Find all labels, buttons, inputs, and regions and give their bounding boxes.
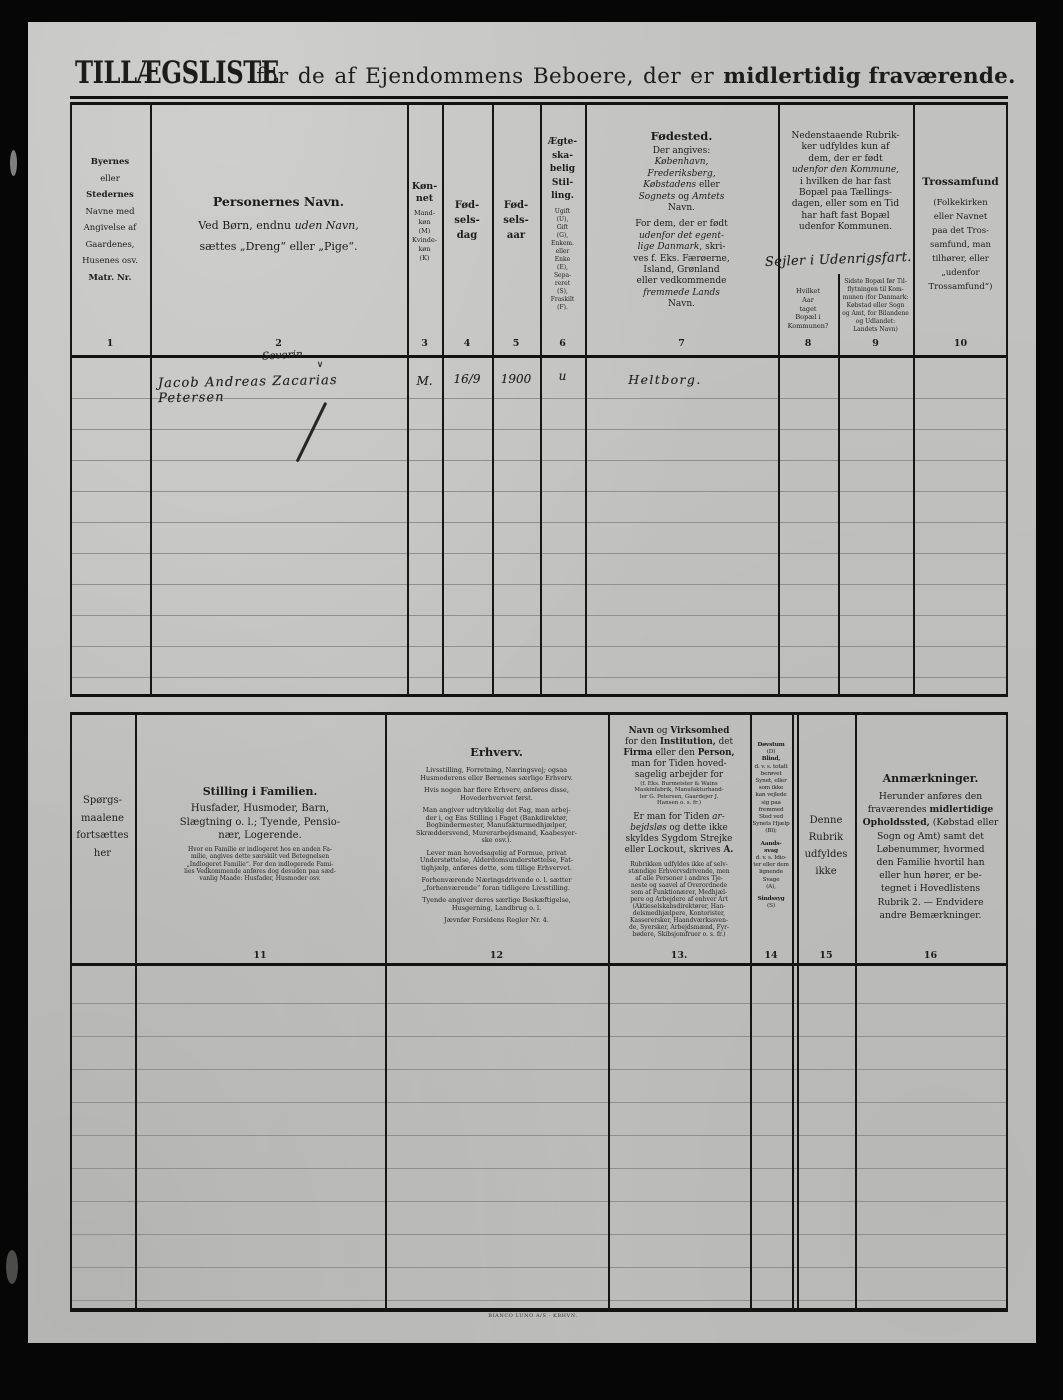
entry-sex: M. — [407, 374, 442, 388]
text-line: Frederiksberg, — [585, 169, 778, 180]
entry-marital: u — [540, 369, 585, 383]
text-line: stændige Erhvervsdrivende, men — [610, 868, 748, 875]
text-line: sættes „Dreng“ eller „Pige“. — [150, 236, 407, 257]
table-column-divider — [150, 102, 152, 697]
text-segment: eller den — [653, 748, 698, 758]
text-line: Husfader, Husmoder, Barn, — [135, 802, 385, 816]
column-number: 6 — [540, 338, 585, 349]
text-segment: eller — [696, 180, 720, 190]
col-header-location: ByernesellerStedernesNavne medAngivelse … — [70, 154, 150, 286]
column-number: 16 — [855, 950, 1006, 961]
column-number: 7 — [585, 338, 778, 349]
text-line: sels- — [442, 213, 492, 228]
entry-name-handwritten: Jacob Andreas Zacarias Petersen — [158, 372, 408, 406]
text-segment: Ved Børn, endnu — [198, 219, 294, 232]
text-line: flytningen til Kom- — [838, 286, 913, 294]
text-line: paa det Tros- — [913, 224, 1008, 238]
text-line: munen (for Danmark: — [838, 294, 913, 302]
text-line: taget — [778, 305, 838, 314]
table-rule — [70, 963, 1008, 966]
row-guides — [72, 992, 1006, 1306]
column-number: 4 — [442, 338, 492, 349]
form-title-emphasis: midlertidig fraværende. — [723, 64, 1015, 89]
text-segment: A. — [723, 845, 733, 855]
text-line: maalene — [70, 810, 135, 828]
text-segment: og — [675, 192, 692, 202]
text-line: udfyldes — [797, 846, 855, 863]
text-line: (F). — [540, 304, 585, 312]
text-line: Ved Børn, endnu uden Navn, — [150, 215, 407, 236]
text-line: og Amt, for Bilandene — [838, 310, 913, 318]
col-header-birthyear: Fød-sels-aar — [492, 198, 540, 243]
text-line: Synet, eller — [750, 778, 792, 785]
text-line: og Udlandet: — [838, 318, 913, 326]
text-line: berøvet — [750, 771, 792, 778]
text-segment: uden Navn, — [295, 219, 359, 232]
text-segment: eller Lockout, skrives — [625, 845, 724, 855]
text-segment: Institution, — [660, 737, 716, 747]
text-line: eller Lockout, skrives A. — [610, 845, 748, 856]
text-line: Navn. — [585, 299, 778, 310]
text-line: (G), — [540, 232, 585, 240]
form-title: TILLÆGSLISTE for de af Ejendommens Beboe… — [75, 55, 1016, 91]
text-line: bødere, Skibsjomfruer o. s. fr.) — [610, 931, 748, 938]
text-line: Ægte- — [540, 136, 585, 150]
col-header-remarks-title: Anmærkninger. — [855, 772, 1006, 785]
row-guides — [72, 388, 1006, 694]
margin-speck — [6, 1250, 18, 1284]
text-line: Gaardenes, — [70, 237, 150, 254]
text-line: tighjælp, anføres dette, som tillige Erh… — [389, 865, 604, 873]
text-line: Husmoderens eller Børnenes særlige Erhve… — [389, 775, 604, 783]
col-header-sex: Køn-net — [407, 181, 442, 205]
text-segment: og — [654, 726, 671, 736]
text-segment: Sognets — [639, 192, 676, 202]
insertion-caret-mark: ∨ — [313, 360, 327, 370]
text-segment: fraværendes — [868, 804, 930, 815]
text-line: Husenes osv. — [70, 253, 150, 270]
col-header-moved-note: Nedenstaaende Rubrik-ker udfyldes kun af… — [778, 131, 913, 234]
text-segment: Opholdssted, — [863, 817, 930, 828]
table-column-divider — [442, 102, 444, 697]
text-line: den Familie hvortil han — [857, 856, 1004, 869]
column-number: 12 — [385, 950, 608, 961]
col-header-birthplace-title: Fødested. — [585, 129, 778, 143]
text-line: svag — [750, 848, 792, 855]
col-header-occupation-title: Erhverv. — [385, 745, 608, 759]
text-line: Kasserersker, Haandværkssven- — [610, 917, 748, 924]
col-header-marital-status: Ægte-ska-beligStil-ling. — [540, 136, 585, 204]
text-line: Rubrik 2. — Endvidere — [857, 896, 1004, 909]
text-line: „forhenværende“ foran tidligere Livsstil… — [389, 885, 604, 893]
text-line: d. v. s. Idio- — [750, 855, 792, 862]
text-line: (E), — [540, 264, 585, 272]
text-line: eller — [70, 171, 150, 188]
text-segment: Er man for Tiden — [633, 812, 712, 822]
text-line: d. v. s. totalt — [750, 764, 792, 771]
text-line: Jævnfør Forsidens Regler Nr. 4. — [389, 917, 604, 925]
text-line: Aar — [778, 296, 838, 305]
text-line: Ugift — [540, 208, 585, 216]
text-line: Enke — [540, 256, 585, 264]
text-line: fortsættes — [70, 827, 135, 845]
text-line: neste og saavel af Overordnede — [610, 882, 748, 889]
text-line: de, Syersker, Arbejdsmænd, Fyr- — [610, 924, 748, 931]
scan-page: TILLÆGSLISTE for de af Ejendommens Beboe… — [28, 22, 1036, 1343]
text-line: For dem, der er født — [585, 219, 778, 230]
text-line: Sognets og Amtets — [585, 192, 778, 203]
text-line: Fraskilt — [540, 296, 585, 304]
text-line: Matr. Nr. — [70, 270, 150, 287]
entry-birthyear: 1900 — [492, 372, 540, 386]
text-line: Hvilket — [778, 287, 838, 296]
form-title-text: for de af Ejendommens Beboere, der er — [247, 64, 723, 89]
text-segment: (Købstad eller — [930, 817, 998, 828]
col-header-birthday: Fød-sels-dag — [442, 198, 492, 243]
text-line: Købstadens eller — [585, 180, 778, 191]
text-line: ske osv.). — [389, 837, 604, 845]
text-line: København, — [585, 157, 778, 168]
text-line: Island, Grønland — [585, 265, 778, 276]
text-line: Byernes — [70, 154, 150, 171]
text-line: dag — [442, 228, 492, 243]
text-line: Bopæl i — [778, 313, 838, 322]
table-rule — [70, 355, 1008, 358]
text-line: (U), — [540, 216, 585, 224]
text-line: lige Danmark, skri- — [585, 242, 778, 253]
text-line: fraværendes midlertidige — [857, 803, 1004, 816]
text-segment: Firma — [623, 748, 652, 758]
text-line: udenfor Kommunen. — [778, 222, 913, 233]
text-line: Enkem. — [540, 240, 585, 248]
text-line: (Folkekirken — [913, 196, 1008, 210]
text-line: Sted ved — [750, 814, 792, 821]
text-line: Gift — [540, 224, 585, 232]
col-header-name-title: Personernes Navn. — [150, 194, 407, 209]
text-line: eller — [540, 248, 585, 256]
column-number: 13. — [608, 950, 750, 961]
entry-birthdate: 16/9 — [442, 372, 492, 386]
column-number: 15 — [797, 950, 855, 961]
text-line: vanlig Maade: Husfader, Husmoder osv. — [140, 875, 380, 882]
text-line: (Bl); — [750, 828, 792, 835]
column-number: 8 — [778, 338, 838, 349]
text-line: udenfor den Kommune, — [778, 165, 913, 176]
col-header-remarks-note: Herunder anføres denfraværendes midlerti… — [857, 790, 1004, 922]
text-line: Kvinde- — [407, 236, 442, 245]
text-segment: midlertidige — [930, 804, 994, 815]
text-segment: ar- — [712, 812, 724, 822]
col-header-religion-title: Trossamfund — [913, 176, 1008, 188]
entry-birthplace: Heltborg. — [585, 372, 745, 387]
col-header-sex-codes: Mand-køn(M)Kvinde-køn(K) — [407, 209, 442, 263]
text-line: Mand- — [407, 209, 442, 218]
text-line: Aands- — [750, 841, 792, 848]
text-line: sagelig arbejder for — [610, 770, 748, 781]
text-line: som af Funktionærer, Medhjæl- — [610, 889, 748, 896]
table-rule — [70, 712, 1008, 715]
text-segment: Købstadens — [643, 180, 696, 190]
text-line: ves f. Eks. Færøerne, — [585, 254, 778, 265]
text-line: delsmedhjælpere, Kontorister, — [610, 910, 748, 917]
text-line: aar — [492, 228, 540, 243]
text-line: Sepa- — [540, 272, 585, 280]
text-line: Købstad eller Sogn — [838, 302, 913, 310]
text-line: for den Institution, det — [610, 737, 748, 748]
text-line: skyldes Sygdom Strejke — [610, 834, 748, 845]
text-line: pere og Arbejdere af enhver Art — [610, 896, 748, 903]
text-line: samfund, man — [913, 238, 1008, 252]
text-line: Der angives: — [585, 146, 778, 157]
text-line: reret — [540, 280, 585, 288]
col-header-employer: Navn og Virksomhedfor den Institution, d… — [610, 726, 748, 938]
text-line: (M) — [407, 227, 442, 236]
text-line: man for Tiden hoved- — [610, 759, 748, 770]
col-header-family-position-fineprint: Hvor en Familie er indlogeret hos en and… — [140, 846, 380, 882]
column-number: 3 — [407, 338, 442, 349]
col-header-do-not-fill: DenneRubrikudfyldesikke — [797, 812, 855, 880]
column-number: 11 — [135, 950, 385, 961]
text-line: som ikke — [750, 785, 792, 792]
text-line: sig paa — [750, 800, 792, 807]
col-header-name-note: Ved Børn, endnu uden Navn,sættes „Dreng“… — [150, 215, 407, 257]
text-line: Slægtning o. l.; Tyende, Pensio- — [135, 816, 385, 830]
text-line: ska- — [540, 150, 585, 164]
col-header-year-moved: HvilketAartagetBopæl iKommunen? — [778, 287, 838, 331]
text-line: Sidste Bopæl før Til- — [838, 278, 913, 286]
col-header-occupation-note: Livsstilling, Forretning, Næringsvej; og… — [389, 767, 604, 925]
text-line: belig — [540, 163, 585, 177]
text-line: lignende — [750, 869, 792, 876]
text-line: Herunder anføres den — [857, 790, 1004, 803]
text-line: Svage — [750, 877, 792, 884]
text-line: dagen, eller som en Tid — [778, 199, 913, 210]
lower-table: Spørgs-maalenefortsættesher Stilling i F… — [70, 712, 1008, 1312]
text-segment: Amtets — [692, 192, 724, 202]
text-line: køn — [407, 218, 442, 227]
row-label-questions-continue: Spørgs-maalenefortsættesher — [70, 792, 135, 862]
text-line: ter eller dem — [750, 862, 792, 869]
text-line: her — [70, 845, 135, 863]
entry-occupation-note: Sejler i Udenrigsfart. — [765, 249, 935, 270]
col-header-marital-codes: Ugift(U),Gift(G),Enkem.ellerEnke(E),Sepa… — [540, 208, 585, 312]
text-line: (A), — [750, 884, 792, 891]
text-line: Hvor en Familie er indlogeret hos en and… — [140, 846, 380, 853]
text-segment: bejdsløs — [630, 823, 666, 833]
text-line: Kommunen? — [778, 322, 838, 331]
table-column-divider — [797, 712, 799, 1312]
upper-table: ByernesellerStedernesNavne medAngivelse … — [70, 102, 1008, 697]
text-segment: og dette ikke — [667, 823, 728, 833]
text-line: Firma eller den Person, — [610, 748, 748, 759]
text-line: Rubrik — [797, 829, 855, 846]
text-line: ikke — [797, 863, 855, 880]
text-segment: , skri- — [699, 242, 725, 252]
col-header-family-position-note: Husfader, Husmoder, Barn,Slægtning o. l.… — [135, 802, 385, 843]
text-line: Hovederhvervet først. — [389, 795, 604, 803]
table-rule — [70, 102, 1008, 105]
text-line: tilhører, eller — [913, 252, 1008, 266]
text-line: af alle Personer i andres Tje- — [610, 875, 748, 882]
text-line: Fød- — [492, 198, 540, 213]
text-line: Stedernes — [70, 187, 150, 204]
text-line: Spørgs- — [70, 792, 135, 810]
text-line: Husgerning, Landbrug o. l. — [389, 905, 604, 913]
text-line: Angivelse af — [70, 220, 150, 237]
text-line: bejdsløs og dette ikke — [610, 823, 748, 834]
text-line: dem, der er født — [778, 154, 913, 165]
table-column-divider — [492, 102, 494, 697]
text-line: andre Bemærkninger. — [857, 909, 1004, 922]
text-line: eller Navnet — [913, 210, 1008, 224]
text-line: Denne — [797, 812, 855, 829]
col-header-disabilities: Døvstum(D)Blind,d. v. s. totaltberøvetSy… — [750, 742, 792, 910]
text-line: fremmed — [750, 807, 792, 814]
col-header-family-position-title: Stilling i Familien. — [135, 785, 385, 798]
text-line: fremmede Lands — [585, 288, 778, 299]
text-line: Køn- — [407, 181, 442, 193]
table-column-divider — [792, 712, 794, 1312]
text-line: (K) — [407, 254, 442, 263]
text-line: ker udfyldes kun af — [778, 142, 913, 153]
text-line: køn — [407, 245, 442, 254]
text-line: Rubrikken udfyldes ikke af selv- — [610, 861, 748, 868]
text-line: nær, Logerende. — [135, 829, 385, 843]
text-line: (S) — [750, 903, 792, 910]
table-rule — [70, 1308, 1008, 1312]
margin-speck — [214, 114, 219, 118]
text-line: lies Vedkommende anføres dog desuden paa… — [140, 868, 380, 875]
text-segment: det — [716, 737, 733, 747]
text-line: (Aktieselskabsdirektører, Han- — [610, 903, 748, 910]
text-line: (S), — [540, 288, 585, 296]
table-column-divider — [913, 102, 915, 697]
table-column-divider — [1006, 102, 1008, 697]
text-line: tegnet i Hovedlistens — [857, 882, 1004, 895]
table-column-divider — [1006, 712, 1008, 1312]
text-line: Stil- — [540, 177, 585, 191]
text-line: milie, angives dette særskilt ved Betegn… — [140, 853, 380, 860]
text-line: Blind, — [750, 756, 792, 763]
text-line: eller hun hører, er be- — [857, 869, 1004, 882]
text-segment: Virksomhed — [670, 726, 729, 736]
text-line: Sogn og Amt) samt det — [857, 830, 1004, 843]
col-header-birthplace-note: Der angives:København,Frederiksberg,Købs… — [585, 146, 778, 311]
text-segment: for den — [625, 737, 660, 747]
text-segment: Navn — [629, 726, 654, 736]
column-number: 10 — [913, 338, 1008, 349]
text-line: Bopæl paa Tællings- — [778, 188, 913, 199]
text-line: Fød- — [442, 198, 492, 213]
text-line: sels- — [492, 213, 540, 228]
text-line: „Indlogeret Familie“. For den indlogered… — [140, 861, 380, 868]
printer-imprint: BIANCO LUNO A/S · KBHVN. — [428, 1313, 638, 1319]
text-line: udenfor det egent- — [585, 231, 778, 242]
text-line: Navn. — [585, 203, 778, 214]
text-line: ling. — [540, 190, 585, 204]
text-line: Nedenstaaende Rubrik- — [778, 131, 913, 142]
column-number: 9 — [838, 338, 913, 349]
text-line: Er man for Tiden ar- — [610, 812, 748, 823]
col-header-religion-note: (Folkekirkeneller Navnetpaa det Tros-sam… — [913, 196, 1008, 294]
text-line: i hvilken de har fast — [778, 177, 913, 188]
text-line: (D) — [750, 749, 792, 756]
text-line: kan vejlede — [750, 792, 792, 799]
column-number: 1 — [70, 338, 150, 349]
column-number: 5 — [492, 338, 540, 349]
text-line: Hansen o. s. fr.) — [610, 800, 748, 806]
text-line: Navn og Virksomhed — [610, 726, 748, 737]
text-line: Løbenummer, hvormed — [857, 843, 1004, 856]
column-number: 2 — [150, 338, 407, 349]
text-line: Navne med — [70, 204, 150, 221]
title-rule — [70, 96, 1008, 99]
text-line: Opholdssted, (Købstad eller — [857, 816, 1004, 829]
table-column-divider — [385, 712, 387, 1312]
text-line: eller vedkommende — [585, 276, 778, 287]
text-line: net — [407, 193, 442, 205]
text-segment: lige Danmark — [638, 242, 700, 252]
text-line: Landets Navn) — [838, 326, 913, 334]
text-segment: Person, — [698, 748, 735, 758]
margin-speck — [10, 150, 17, 176]
text-line: har haft fast Bopæl — [778, 211, 913, 222]
text-line: Trossamfund“) — [913, 280, 1008, 294]
col-header-last-residence: Sidste Bopæl før Til-flytningen til Kom-… — [838, 278, 913, 334]
text-line: „udenfor — [913, 266, 1008, 280]
table-rule — [70, 694, 1008, 697]
scanned-census-form: { "title": { "word": "TILLÆGSLISTE", "re… — [0, 0, 1063, 1400]
form-title-word: TILLÆGSLISTE — [75, 55, 209, 91]
column-number: 14 — [750, 950, 792, 961]
